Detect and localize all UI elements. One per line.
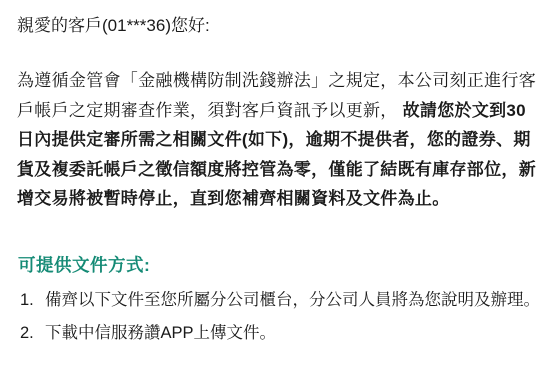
list-number: 2. xyxy=(20,320,34,347)
list-text: 下載中信服務讚APP上傳文件。 xyxy=(45,324,276,342)
methods-heading: 可提供文件方式: xyxy=(18,252,150,277)
greeting: 親愛的客戶(01***36)您好: xyxy=(17,14,210,38)
methods-list: 1. 備齊以下文件至您所屬分公司櫃台，分公司人員將為您說明及辦理。 2. 下載中… xyxy=(20,287,540,353)
list-item: 2. 下載中信服務讚APP上傳文件。 xyxy=(20,320,540,347)
list-item: 1. 備齊以下文件至您所屬分公司櫃台，分公司人員將為您說明及辦理。 xyxy=(20,287,540,314)
notice-paragraph: 為遵循金管會「金融機構防制洗錢辦法」之規定，本公司刻正進行客戶帳戶之定期審查作業… xyxy=(17,66,537,214)
list-text: 備齊以下文件至您所屬分公司櫃台，分公司人員將為您說明及辦理。 xyxy=(45,291,540,309)
list-number: 1. xyxy=(20,287,34,314)
